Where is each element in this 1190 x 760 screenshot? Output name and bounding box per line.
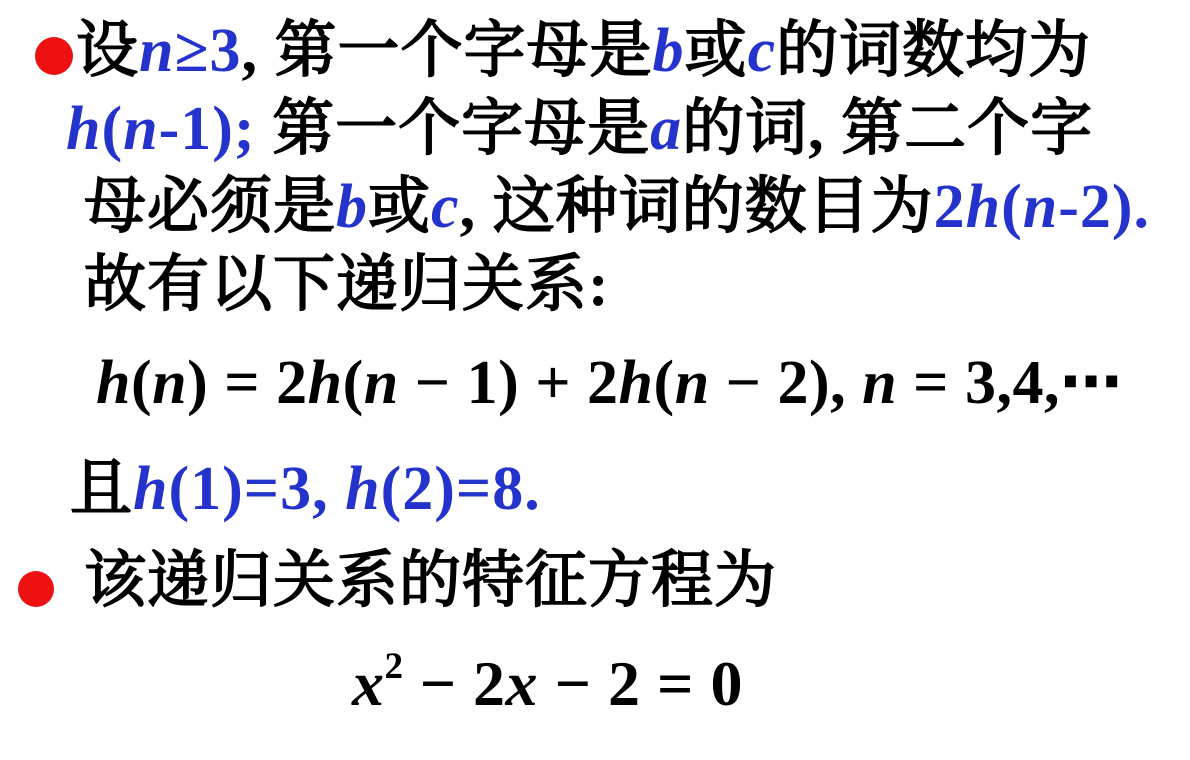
text-segment: h [66,95,101,163]
text-segment: ( [101,95,123,163]
text-segment: h [308,349,343,417]
bullet-icon [18,571,54,607]
text-segment: n [1023,173,1058,241]
text-segment: 设 [76,17,139,85]
text-segment: 的词数均为 [776,17,1091,85]
text-segment: n [152,349,187,417]
characteristic-equation: x2 − 2x − 2 = 0 [352,652,743,716]
text-segment: ) = 2 [187,349,307,417]
text-segment: 或 [685,17,748,85]
text-segment: n [139,17,174,85]
text-segment: 2 [934,173,966,241]
text-segment: h [619,349,654,417]
slide-canvas: 设n≥3, 第一个字母是b或c的词数均为 h(n-1); 第一个字母是a的词, … [0,0,1190,760]
text-segment: − 2 [403,648,505,719]
text-segment: 故有以下递归关系: [84,251,610,319]
text-segment: a [650,95,682,163]
text-segment: c [748,17,777,85]
text-segment: x [352,648,385,719]
point1-line-2: h(n-1); 第一个字母是a的词, 第二个字 [66,98,1093,160]
point1-line-3: 母必须是b或c, 这种词的数目为2h(n-2). [84,176,1150,238]
text-segment: h [133,455,168,523]
text-segment: -2). [1058,173,1150,241]
text-segment: -1); [159,95,272,163]
text-segment: 第一个字母是 [272,95,650,163]
text-segment: ≥3 [175,17,242,85]
text-segment: 2 [385,646,404,687]
text-segment: ( [654,349,675,417]
text-segment: h [966,173,1001,241]
text-segment: (1)=3, [169,455,346,523]
text-segment: − 1) + 2 [399,349,619,417]
text-segment: c [431,173,460,241]
text-segment: ( [131,349,152,417]
text-segment: − 2 = 0 [538,648,743,719]
text-segment: n [364,349,399,417]
text-segment: − 2), [710,349,862,417]
initial-conditions: 且h(1)=3, h(2)=8. [70,458,541,520]
text-segment: , 第一个字母是 [242,17,653,85]
text-segment: 或 [368,173,431,241]
text-segment: 且 [70,455,133,523]
text-segment: n [675,349,710,417]
text-segment: ( [343,349,364,417]
text-segment: h [345,455,380,523]
text-segment: n [123,95,158,163]
recurrence-formula: h(n) = 2h(n − 1) + 2h(n − 2), n = 3,4,⋯ [96,352,1122,414]
text-segment: 的词, 第二个字 [682,95,1093,163]
text-segment: ( [1001,173,1023,241]
text-segment: b [653,17,685,85]
text-segment: 母必须是 [84,173,336,241]
point2-text: 该递归关系的特征方程为 [84,550,777,612]
text-segment: x [506,648,539,719]
bullet-icon [35,37,73,75]
point1-line-1: 设n≥3, 第一个字母是b或c的词数均为 [76,20,1091,82]
text-segment: = 3,4,⋯ [897,349,1122,417]
text-segment: b [336,173,368,241]
text-segment: n [862,349,897,417]
point1-line-4: 故有以下递归关系: [84,254,610,316]
text-segment: 该递归关系的特征方程为 [84,547,777,615]
text-segment: h [96,349,131,417]
text-segment: , 这种词的数目为 [460,173,934,241]
text-segment: (2)=8. [381,455,541,523]
